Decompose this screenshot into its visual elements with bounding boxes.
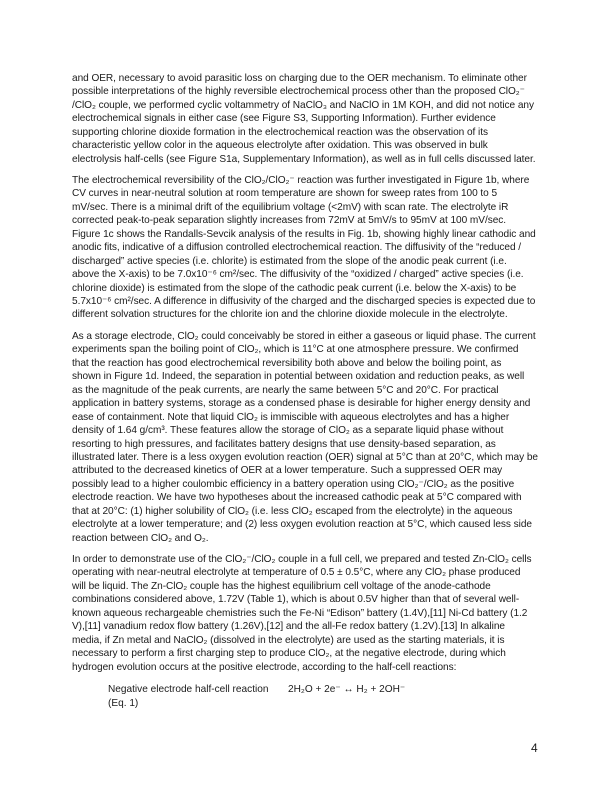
text-line: As a storage electrode, ClO₂ could conce… <box>72 330 542 343</box>
paragraph-full-cell: In order to demonstrate use of the ClO₂⁻… <box>72 553 542 674</box>
text-line: possible interpretations of the highly r… <box>72 85 542 98</box>
text-line: combinations considered above, 1.72V (Ta… <box>72 593 542 606</box>
text-line: corrected peak-to-peak separation slight… <box>72 214 542 227</box>
text-line: above the X-axis) to be 7.0x10⁻⁶ cm²/sec… <box>72 268 542 281</box>
text-line: and OER, necessary to avoid parasitic lo… <box>72 72 542 85</box>
text-line: anodic fits, indicative of a diffusion c… <box>72 241 542 254</box>
text-line: CV curves in near-neutral solution at ro… <box>72 187 542 200</box>
text-line: 5.7x10⁻⁶ cm²/sec. A difference in diffus… <box>72 295 542 308</box>
text-line: supporting chlorine dioxide formation in… <box>72 126 542 139</box>
text-line: resorting to high pressures, and facilit… <box>72 438 542 451</box>
text-line: Figure 1c shows the Randalls-Sevcik anal… <box>72 228 542 241</box>
text-line: ease of containment. Note that liquid Cl… <box>72 411 542 424</box>
text-line: as the magnitude of the peak currents, a… <box>72 384 542 397</box>
text-line: hydrogen evolution occurs at the positiv… <box>72 661 542 674</box>
equation-formula: 2H₂O + 2e⁻ ↔ H₂ + 2OH⁻ <box>288 683 405 696</box>
equation-number: (Eq. 1) <box>108 697 138 710</box>
text-line: different solvation structures for the c… <box>72 308 542 321</box>
text-line: characteristic yellow color in the aqueo… <box>72 139 542 152</box>
text-line: known aqueous rechargeable chemistries s… <box>72 607 542 620</box>
text-line: electrolyte at a lower temperature; and … <box>72 518 542 531</box>
text-line: electrode reaction. We have two hypothes… <box>72 491 542 504</box>
text-line: shown in Figure 1d. Indeed, the separati… <box>72 370 542 383</box>
page-number: 4 <box>531 741 538 755</box>
text-line: operating with near-neutral electrolyte … <box>72 566 542 579</box>
text-line: V),[11] vanadium redox flow battery (1.2… <box>72 620 542 633</box>
paragraph-oer-interpretations: and OER, necessary to avoid parasitic lo… <box>72 72 542 166</box>
text-line: media, if Zn metal and NaClO₂ (dissolved… <box>72 634 542 647</box>
text-line: discharged” active species (i.e. chlorit… <box>72 255 542 268</box>
text-line: possibly lead to a higher coulombic effi… <box>72 478 542 491</box>
text-line: reaction between ClO₂ and O₂. <box>72 532 542 545</box>
text-line: density of 1.64 g/cm³. These features al… <box>72 424 542 437</box>
text-line: The electrochemical reversibility of the… <box>72 174 542 187</box>
text-line: will be liquid. The Zn-ClO₂ couple has t… <box>72 580 542 593</box>
text-line: application in battery systems, storage … <box>72 397 542 410</box>
text-line: that at 20°C: (1) higher solubility of C… <box>72 505 542 518</box>
text-line: that the reaction has good electrochemic… <box>72 357 542 370</box>
text-line: electrolysis half-cells (see Figure S1a,… <box>72 153 542 166</box>
text-line: chlorine dioxide) is estimated from the … <box>72 282 542 295</box>
text-line: necessary to perform a first charging st… <box>72 647 542 660</box>
text-line: In order to demonstrate use of the ClO₂⁻… <box>72 553 542 566</box>
text-line: illustrated later. There is a less oxyge… <box>72 451 542 464</box>
paragraph-reversibility: The electrochemical reversibility of the… <box>72 174 542 322</box>
text-line: /ClO₂ couple, we performed cyclic voltam… <box>72 99 542 112</box>
text-line: mV/sec. There is a minimal drift of the … <box>72 201 542 214</box>
text-line: electrochemical signals in either case (… <box>72 112 542 125</box>
equation-label: Negative electrode half-cell reaction <box>108 683 268 696</box>
text-line: attributed to the decreased kinetics of … <box>72 464 542 477</box>
paragraph-storage-electrode: As a storage electrode, ClO₂ could conce… <box>72 330 542 545</box>
text-line: experiments span the boiling point of Cl… <box>72 343 542 356</box>
document-page: and OER, necessary to avoid parasitic lo… <box>0 0 612 792</box>
